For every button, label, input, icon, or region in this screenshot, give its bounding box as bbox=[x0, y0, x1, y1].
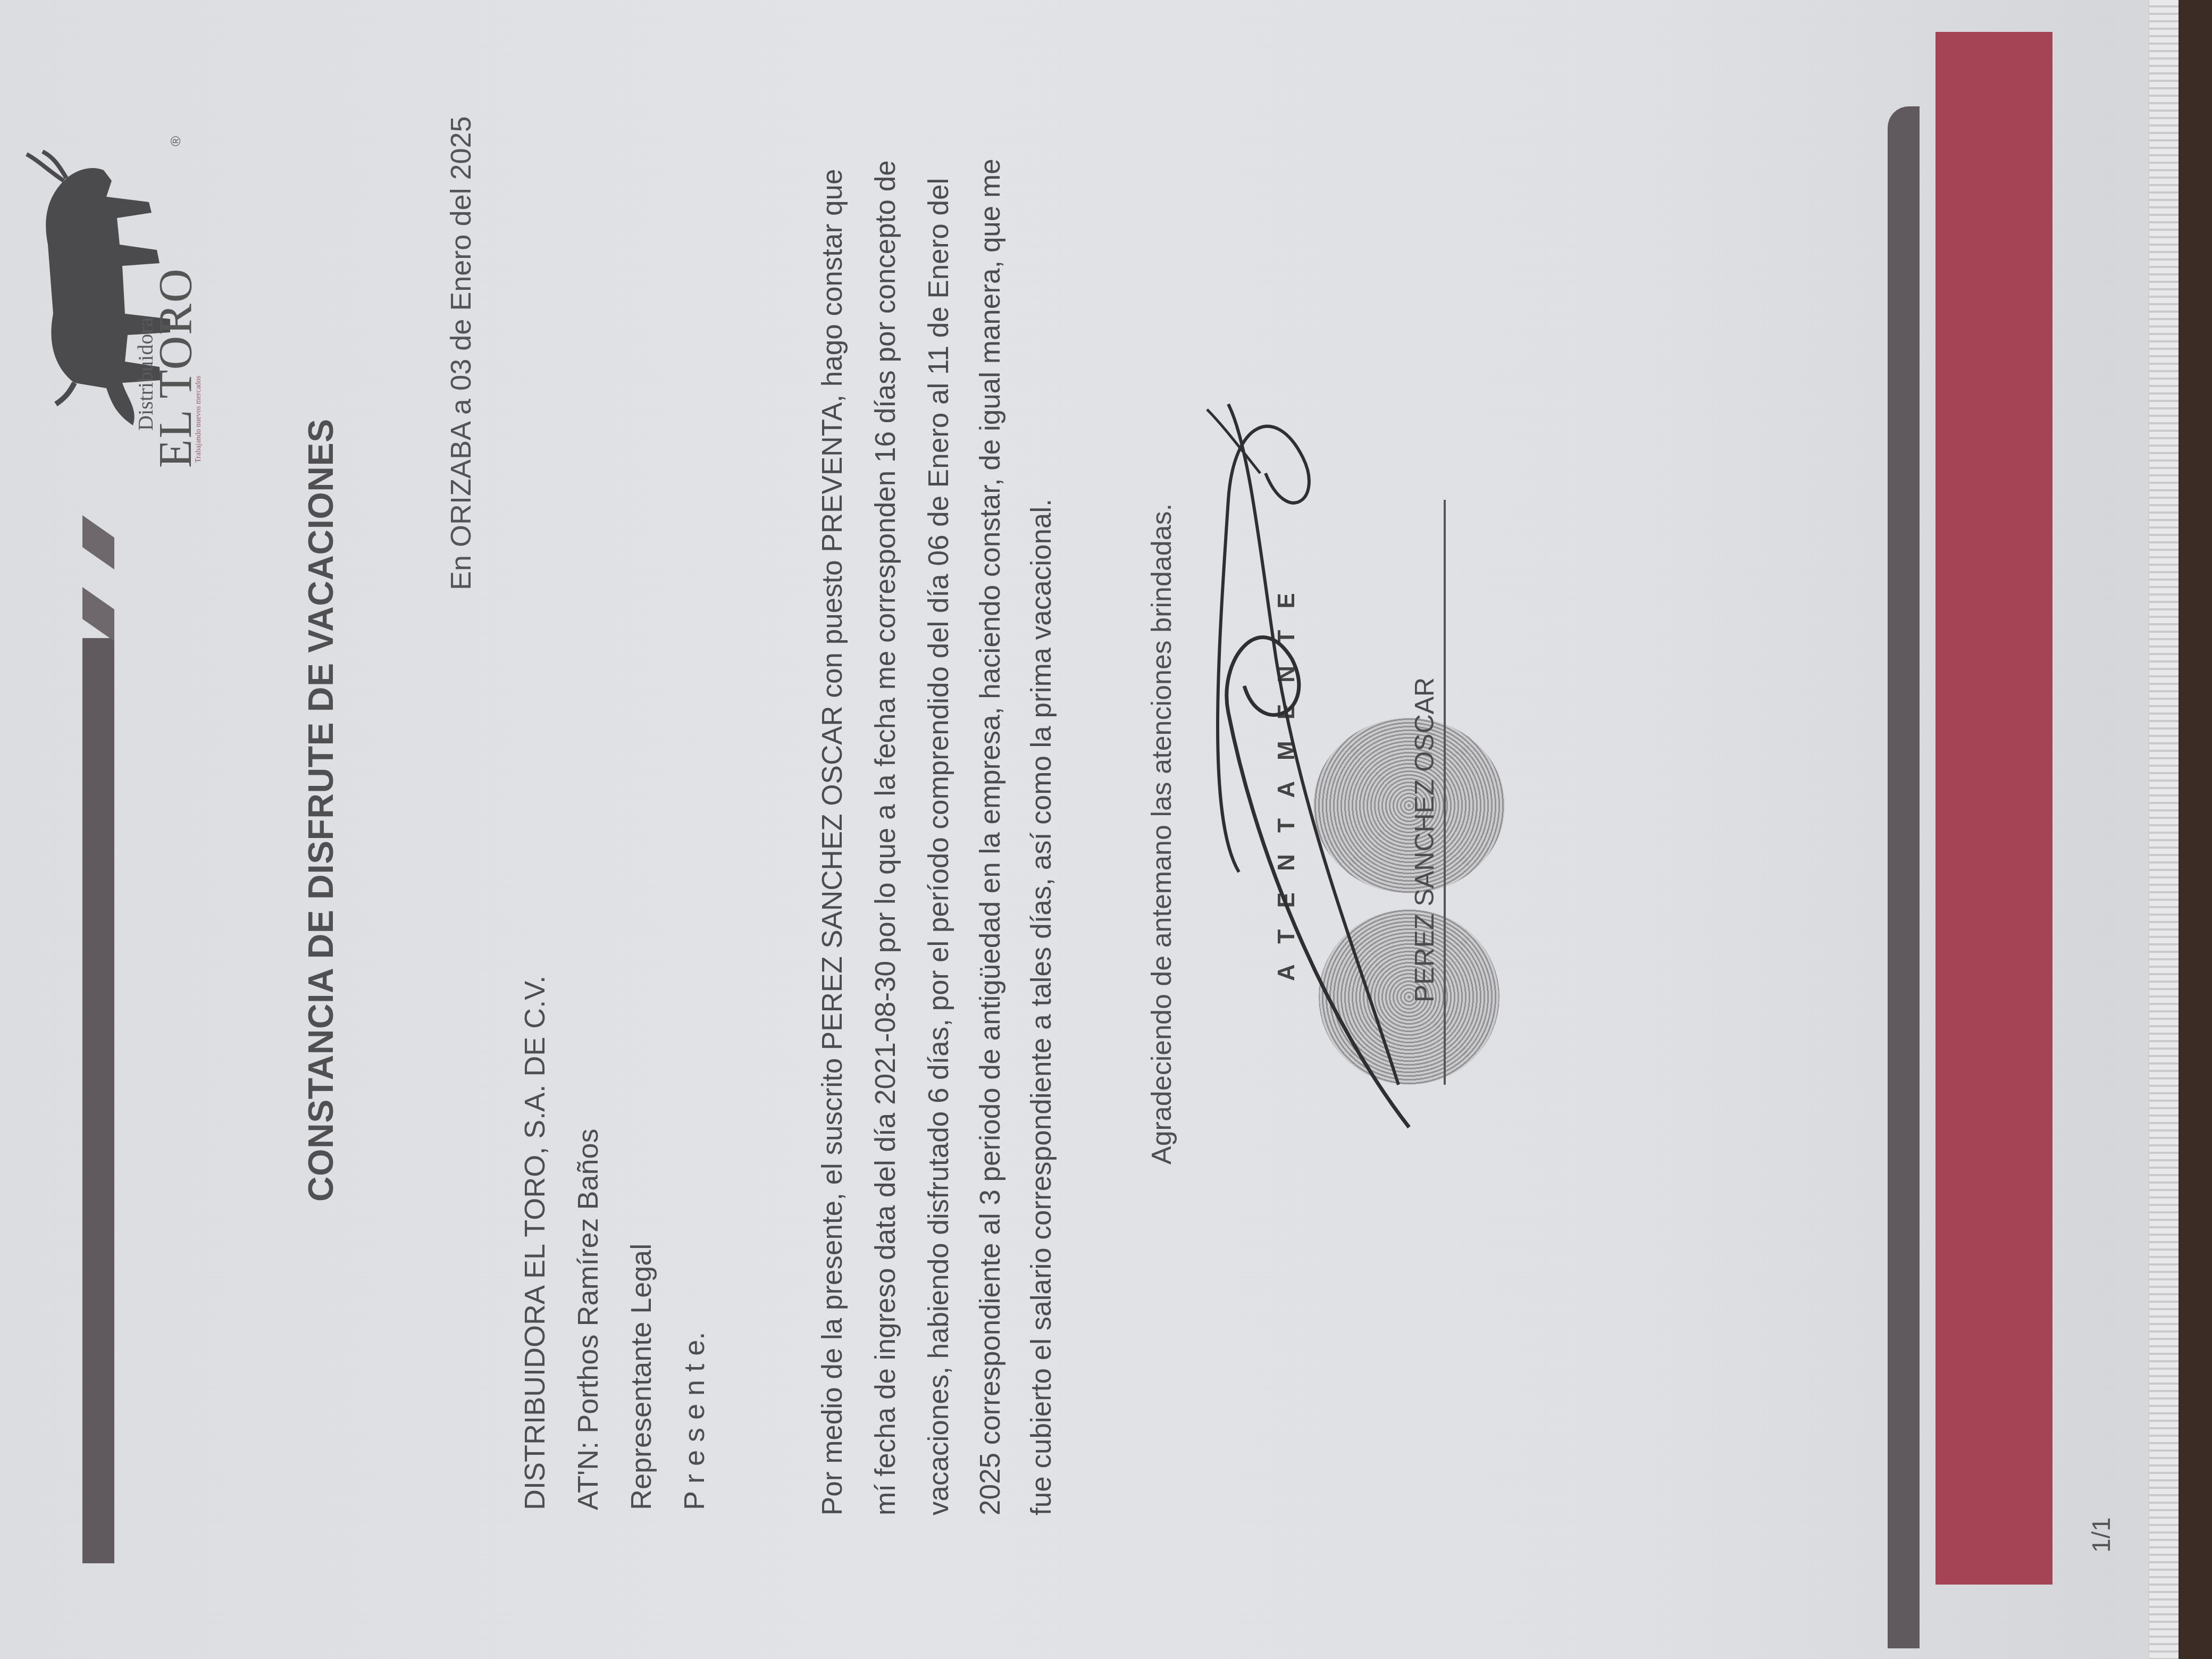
addressee-company: DISTRIBUIDORA EL TORO, S.A. DE C.V. bbox=[518, 976, 551, 1510]
logo-tagline: Trabajando nuevos mercados bbox=[195, 375, 203, 463]
registered-mark: ® bbox=[167, 136, 184, 146]
closing-text: Agradeciendo de antemano las atenciones … bbox=[1146, 504, 1178, 1164]
decorative-bar-bottom bbox=[1888, 106, 1920, 1648]
addressee-role: Representante Legal bbox=[625, 1244, 658, 1510]
document-title: CONSTANCIA DE DISFRUTE DE VACACIONES bbox=[300, 418, 341, 1202]
body-line: fue cubierto el salario correspondiente … bbox=[1025, 499, 1058, 1515]
page-number: 1/1 bbox=[2087, 1517, 2116, 1553]
addressee-presente: P r e s e n t e. bbox=[678, 1332, 711, 1510]
signature-line bbox=[1444, 500, 1446, 1085]
addressee-attention: AT'N: Porthos Ramírez Baños bbox=[572, 1128, 605, 1510]
body-line: mí fecha de ingreso data del día 2021-08… bbox=[869, 160, 902, 1515]
date-line: En ORIZABA a 03 de Enero del 2025 bbox=[445, 116, 477, 590]
decorative-slant-1 bbox=[82, 587, 114, 641]
body-line: 2025 correspondiente al 3 periodo de ant… bbox=[974, 158, 1007, 1515]
document-page: Distribuidora EL TORO ® Trabajando nuevo… bbox=[0, 0, 2212, 1659]
accent-red-bar bbox=[1935, 32, 2052, 1585]
handwritten-signature bbox=[1196, 393, 1420, 1191]
decorative-slant-2 bbox=[82, 515, 114, 569]
decorative-bar-top bbox=[82, 638, 114, 1563]
body-line: Por medio de la presente, el suscrito PE… bbox=[816, 169, 849, 1515]
signatory-name: PEREZ SANCHEZ OSCAR bbox=[1409, 677, 1440, 1002]
body-line: vacaciones, habiendo disfrutado 6 días, … bbox=[923, 178, 955, 1515]
